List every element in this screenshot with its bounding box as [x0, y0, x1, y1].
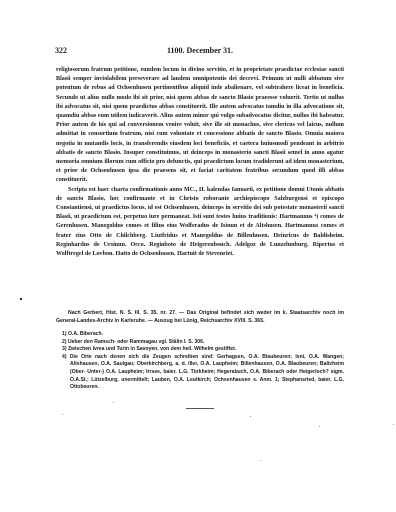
scan-speck — [393, 424, 394, 425]
end-rule — [186, 408, 214, 409]
scan-speck — [260, 460, 261, 461]
footnotes: 1) O.A. Biberach. 2) Ueber den Ramsch- o… — [56, 331, 344, 392]
charter-text: religiosorum fratrum petitione, eundem l… — [56, 66, 344, 259]
footnote-4: 4) Die Orte nach denen sich die Zeugen s… — [56, 354, 344, 392]
footnote-1: 1) O.A. Biberach. — [56, 331, 344, 339]
charter-paragraph-2: Scripta est haec charta confirmationis a… — [56, 186, 344, 260]
scan-speck — [62, 414, 63, 415]
running-title: 1100. December 31. — [55, 46, 345, 55]
footnote-3: 3) Zwischen Ivrea und Turin in Savoyen, … — [56, 346, 344, 354]
charter-paragraph-1: religiosorum fratrum petitione, eundem l… — [56, 66, 344, 186]
document-page: 322 1100. December 31. religiosorum frat… — [0, 0, 396, 512]
scan-speck — [319, 426, 320, 427]
footnote-2: 2) Ueber den Ramsch- oder Rammagau vgl. … — [56, 339, 344, 347]
scan-speck — [113, 402, 114, 403]
source-note: Nach Gerbert, Hist. N. S. III. S. 35. nr… — [56, 310, 344, 325]
scan-speck — [250, 416, 251, 417]
scan-speck — [20, 298, 22, 300]
page-header: 322 1100. December 31. — [55, 46, 345, 58]
